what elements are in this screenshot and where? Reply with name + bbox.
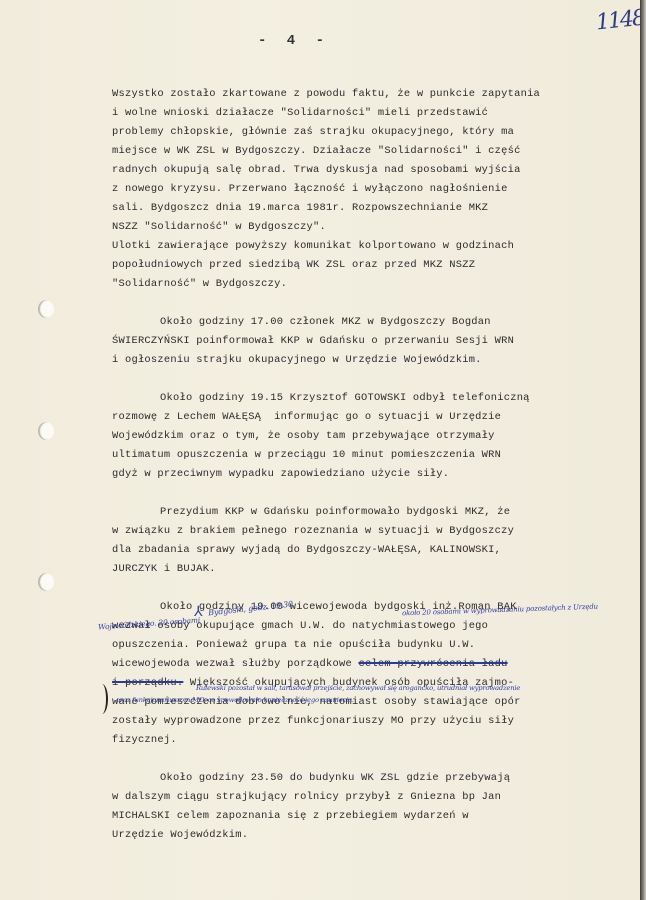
text-line: wicewojewoda wezwał służby porządkowe ce… (112, 655, 642, 674)
text-line: ultimatum opuszczenia w przeciągu 10 min… (112, 446, 642, 465)
text-line: radnych okupują salę obrad. Trwa dyskusj… (112, 161, 642, 180)
text-line: i ogłoszeniu strajku okupacyjnego w Urzę… (112, 351, 642, 370)
scan-edge (640, 0, 646, 900)
handwritten-note: oraz funkcjonariuszom MO, co spowodowało… (116, 696, 354, 704)
text-line: Urzędzie Wojewódzkim. (112, 826, 642, 845)
text-line: gdyż w przeciwnym wypadku zapowiedziano … (112, 465, 642, 484)
text-line: Wszystko zostało zkartowane z powodu fak… (112, 85, 642, 104)
paragraph: Około godziny 19.15 Krzysztof GOTOWSKI o… (112, 389, 642, 484)
struck-text: celem przywrócenia ładu (358, 658, 507, 670)
struck-text: i porządku. (112, 677, 183, 689)
text-line: dla zbadania sprawy wyjadą do Bydgoszczy… (112, 541, 642, 560)
paragraph: Około godziny 17.00 członek MKZ w Bydgos… (112, 313, 642, 370)
binder-hole (38, 300, 54, 318)
text-line: Około godziny 19.15 Krzysztof GOTOWSKI o… (112, 389, 642, 408)
text-line: Około godziny 17.00 członek MKZ w Bydgos… (112, 313, 642, 332)
paragraph: Wszystko zostało zkartowane z powodu fak… (112, 85, 642, 294)
text-line: "Solidarność" w Bydgoszczy. (112, 275, 642, 294)
text-line: z nowego kryzysu. Przerwano łączność i w… (112, 180, 642, 199)
page-number: - 4 - (258, 33, 330, 49)
text-line: i wolne wnioski działacze "Solidarności"… (112, 104, 642, 123)
insertion-mark-icon: ⅄ (194, 604, 203, 620)
folio-number: 1148 (595, 6, 645, 36)
text-line: fizycznej. (112, 731, 642, 750)
text-line: Ulotki zawierające powyższy komunikat ko… (112, 237, 642, 256)
text-line: JURCZYK i BUJAK. (112, 560, 642, 579)
text-line: miejsce w WK ZSL w Bydgoszczy. Działacze… (112, 142, 642, 161)
text-line: sali. Bydgoszcz dnia 19.marca 1981r. Roz… (112, 199, 642, 218)
handwritten-note: Rulewski pozostał w sali, tarasował prze… (196, 684, 520, 692)
binder-hole (38, 573, 54, 591)
text-line: MICHALSKI celem zapoznania się z przebie… (112, 807, 642, 826)
text-line: popołudniowych przed siedzibą WK ZSL ora… (112, 256, 642, 275)
text-line: opuszczenia. Ponieważ grupa ta nie opuśc… (112, 636, 642, 655)
margin-bracket-mark (96, 684, 108, 714)
document-page: - 4 - 1148 Wszystko zostało zkartowane z… (0, 0, 640, 900)
text-line: ŚWIERCZYŃSKI poinformował KKP w Gdańsku … (112, 332, 642, 351)
text-line: rozmowę z Lechem WAŁĘSĄ informując go o … (112, 408, 642, 427)
text-line: zostały wyprowadzone przez funkcjonarius… (112, 712, 642, 731)
text-line: w związku z brakiem pełnego rozeznania w… (112, 522, 642, 541)
text-line: w dalszym ciągu strajkujący rolnicy przy… (112, 788, 642, 807)
document-body: Wszystko zostało zkartowane z powodu fak… (112, 85, 642, 864)
text-line: Prezydium KKP w Gdańsku poinformowało by… (112, 503, 642, 522)
binder-hole (38, 422, 54, 440)
text-line: Około godziny 23.50 do budynku WK ZSL gd… (112, 769, 642, 788)
text-line: problemy chłopskie, głównie zaś strajku … (112, 123, 642, 142)
paragraph: Prezydium KKP w Gdańsku poinformowało by… (112, 503, 642, 579)
text-line: Wojewódzkim oraz o tym, że osoby tam prz… (112, 427, 642, 446)
paragraph: Około godziny 23.50 do budynku WK ZSL gd… (112, 769, 642, 845)
text-line: NSZZ "Solidarność" w Bydgoszczy". (112, 218, 642, 237)
